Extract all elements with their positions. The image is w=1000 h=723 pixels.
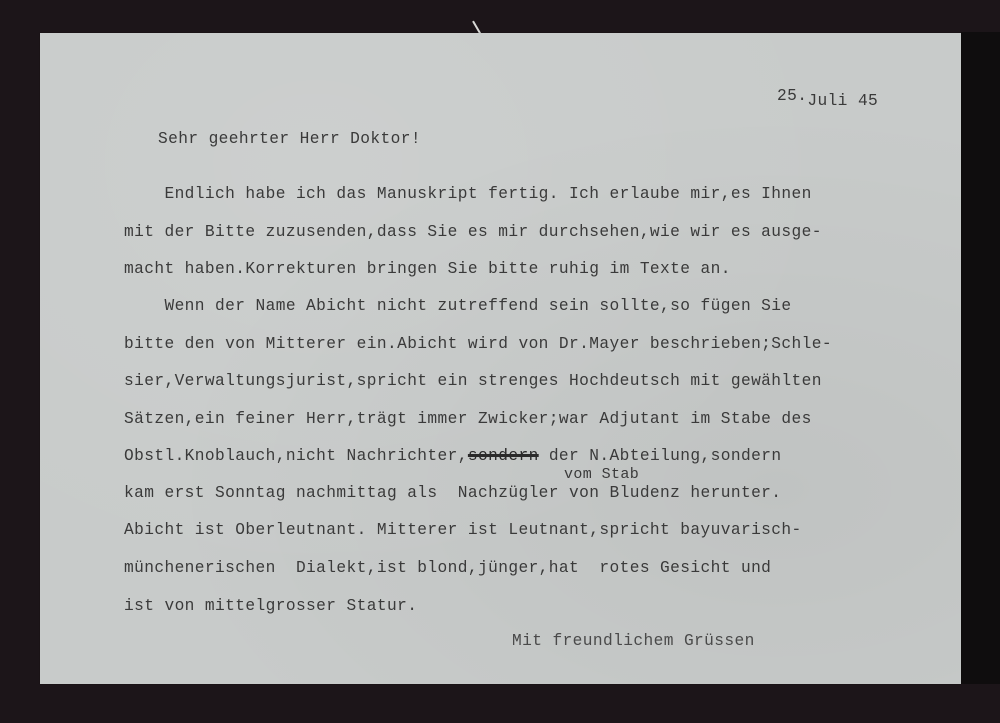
body-line: bitte den von Mitterer ein.Abicht wird v… — [124, 336, 832, 352]
salutation: Sehr geehrter Herr Doktor! — [158, 131, 421, 147]
background-shadow — [961, 32, 1000, 684]
body-line: Endlich habe ich das Manuskript fertig. … — [124, 186, 812, 202]
body-line: kam erst Sonntag nachmittag als Nachzügl… — [124, 485, 781, 501]
body-line: münchenerischen Dialekt,ist blond,jünger… — [124, 560, 771, 576]
body-line: ist von mittelgrosser Statur. — [124, 598, 417, 614]
body-line: Abicht ist Oberleutnant. Mitterer ist Le… — [124, 522, 802, 538]
closing: Mit freundlichem Grüssen — [512, 633, 755, 649]
body-line: macht haben.Korrekturen bringen Sie bitt… — [124, 261, 731, 277]
struck-line-before: Obstl.Knoblauch,nicht Nachrichter, — [124, 447, 468, 465]
date-month: Juli — [807, 92, 847, 110]
body-line: sier,Verwaltungsjurist,spricht ein stren… — [124, 373, 822, 389]
body-line: mit der Bitte zuzusenden,dass Sie es mir… — [124, 224, 822, 240]
letter-date: 25.Juli 45 — [777, 88, 878, 104]
body-line: Sätzen,ein feiner Herr,trägt immer Zwick… — [124, 411, 812, 427]
date-day: 25. — [777, 87, 807, 105]
body-line: Wenn der Name Abicht nicht zutreffend se… — [124, 298, 792, 314]
date-year: 45 — [858, 92, 878, 110]
handwritten-insertion: vom Stab — [564, 467, 639, 482]
struck-line: Obstl.Knoblauch,nicht Nachrichter,sonder… — [124, 448, 781, 464]
struck-line-after: der N.Abteilung,sondern — [539, 447, 782, 465]
struck-word: sondern — [468, 447, 539, 465]
